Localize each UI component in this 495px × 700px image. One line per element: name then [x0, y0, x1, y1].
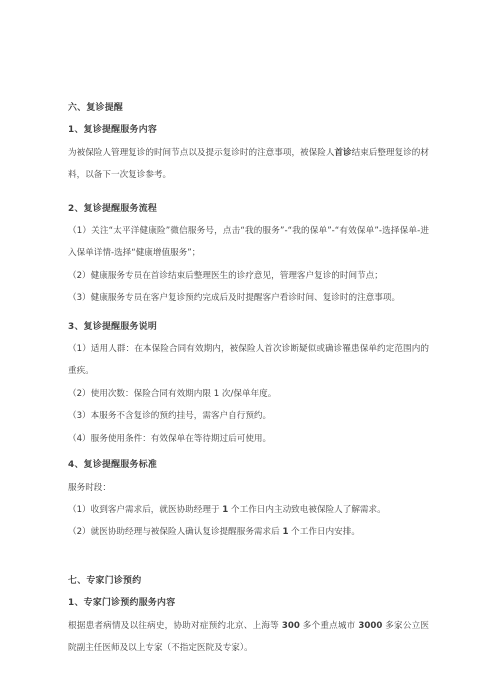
paragraph-notes-item-1: （1）适用人群：在本保险合同有效期内，被保险人首次诊断疑似或确诊罹患保单约定范围…: [68, 338, 429, 383]
subsection-heading-expert-service-content: 1、专家门诊预约服务内容: [68, 592, 429, 614]
heading-text: 2、复诊提醒服务流程: [68, 204, 157, 214]
subsection-heading-service-process: 2、复诊提醒服务流程: [68, 198, 429, 220]
text-run-bold: 300: [282, 621, 300, 631]
text-run: 服务时段：: [68, 483, 111, 493]
heading-text: 1、专家门诊预约服务内容: [68, 598, 175, 608]
paragraph-standard-item-2: （2）就医协助经理与被保险人确认复诊提醒服务需求后 1 个工作日内安排。: [68, 521, 429, 543]
text-run: （3）本服务不含复诊的预约挂号，需客户自行预约。: [68, 411, 271, 421]
paragraph-service-hours-label: 服务时段：: [68, 477, 429, 499]
text-run: （3）健康服务专员在客户复诊预约完成后及时提醒客户看诊时间、复诊时的注意事项。: [68, 293, 400, 303]
document-page: 六、复诊提醒 1、复诊提醒服务内容 为被保险人管理复诊的时间节点以及提示复诊时的…: [0, 0, 495, 700]
paragraph-process-step-1: （1）关注“太平洋健康险”微信服务号，点击“我的服务”-“我的保单”-“有效保单…: [68, 220, 429, 265]
text-run: 个工作日内主动致电被保险人了解需求。: [228, 505, 385, 515]
text-run: 个工作日内安排。: [288, 527, 359, 537]
text-run: （2）健康服务专员在首诊结束后整理医生的诊疗意见，管理客户复诊的时间节点；: [68, 271, 383, 281]
text-run: （2）就医协助经理与被保险人确认复诊提醒服务需求后: [68, 527, 282, 537]
paragraph-process-step-2: （2）健康服务专员在首诊结束后整理医生的诊疗意见，管理客户复诊的时间节点；: [68, 265, 429, 287]
text-run: 为被保险人管理复诊的时间节点以及提示复诊时的注意事项，被保险人: [68, 148, 334, 158]
heading-text: 六、复诊提醒: [68, 103, 123, 113]
heading-text: 1、复诊提醒服务内容: [68, 125, 157, 135]
paragraph-expert-service-content: 根据患者病情及以往病史，协助对症预约北京、上海等 300 多个重点城市 3000…: [68, 615, 429, 660]
paragraph-standard-item-1: （1）收到客户需求后，就医协助经理于 1 个工作日内主动致电被保险人了解需求。: [68, 499, 429, 521]
paragraph-notes-item-4: （4）服务使用条件：有效保单在等待期过后可使用。: [68, 428, 429, 450]
text-run: （2）使用次数：保险合同有效期内限 1 次/保单年度。: [68, 389, 276, 399]
text-run-bold: 首诊: [334, 148, 351, 158]
paragraph-process-step-3: （3）健康服务专员在客户复诊预约完成后及时提醒客户看诊时间、复诊时的注意事项。: [68, 287, 429, 309]
text-run: （1）适用人群：在本保险合同有效期内，被保险人首次诊断疑似或确诊罹患保单约定范围…: [68, 344, 429, 376]
heading-text: 3、复诊提醒服务说明: [68, 322, 157, 332]
text-run: （4）服务使用条件：有效保单在等待期过后可使用。: [68, 434, 271, 444]
subsection-heading-service-content: 1、复诊提醒服务内容: [68, 119, 429, 141]
subsection-heading-service-standard: 4、复诊提醒服务标准: [68, 454, 429, 476]
section-heading-expert-appointment: 七、专家门诊预约: [68, 570, 429, 592]
heading-text: 4、复诊提醒服务标准: [68, 460, 157, 470]
text-run: （1）收到客户需求后，就医协助经理于: [68, 505, 222, 515]
heading-text: 七、专家门诊预约: [68, 576, 141, 586]
text-run: 根据患者病情及以往病史，协助对症预约北京、上海等: [68, 621, 282, 631]
section-heading-followup-reminder: 六、复诊提醒: [68, 97, 429, 119]
text-run: （1）关注“太平洋健康险”微信服务号，点击“我的服务”-“我的保单”-“有效保单…: [68, 226, 429, 258]
paragraph-notes-item-2: （2）使用次数：保险合同有效期内限 1 次/保单年度。: [68, 383, 429, 405]
document-content: 六、复诊提醒 1、复诊提醒服务内容 为被保险人管理复诊的时间节点以及提示复诊时的…: [68, 97, 429, 659]
paragraph-service-content: 为被保险人管理复诊的时间节点以及提示复诊时的注意事项，被保险人首诊结束后整理复诊…: [68, 142, 429, 187]
subsection-heading-service-notes: 3、复诊提醒服务说明: [68, 316, 429, 338]
paragraph-notes-item-3: （3）本服务不含复诊的预约挂号，需客户自行预约。: [68, 405, 429, 427]
text-run: 多个重点城市: [300, 621, 359, 631]
text-run-bold: 3000: [358, 621, 382, 631]
